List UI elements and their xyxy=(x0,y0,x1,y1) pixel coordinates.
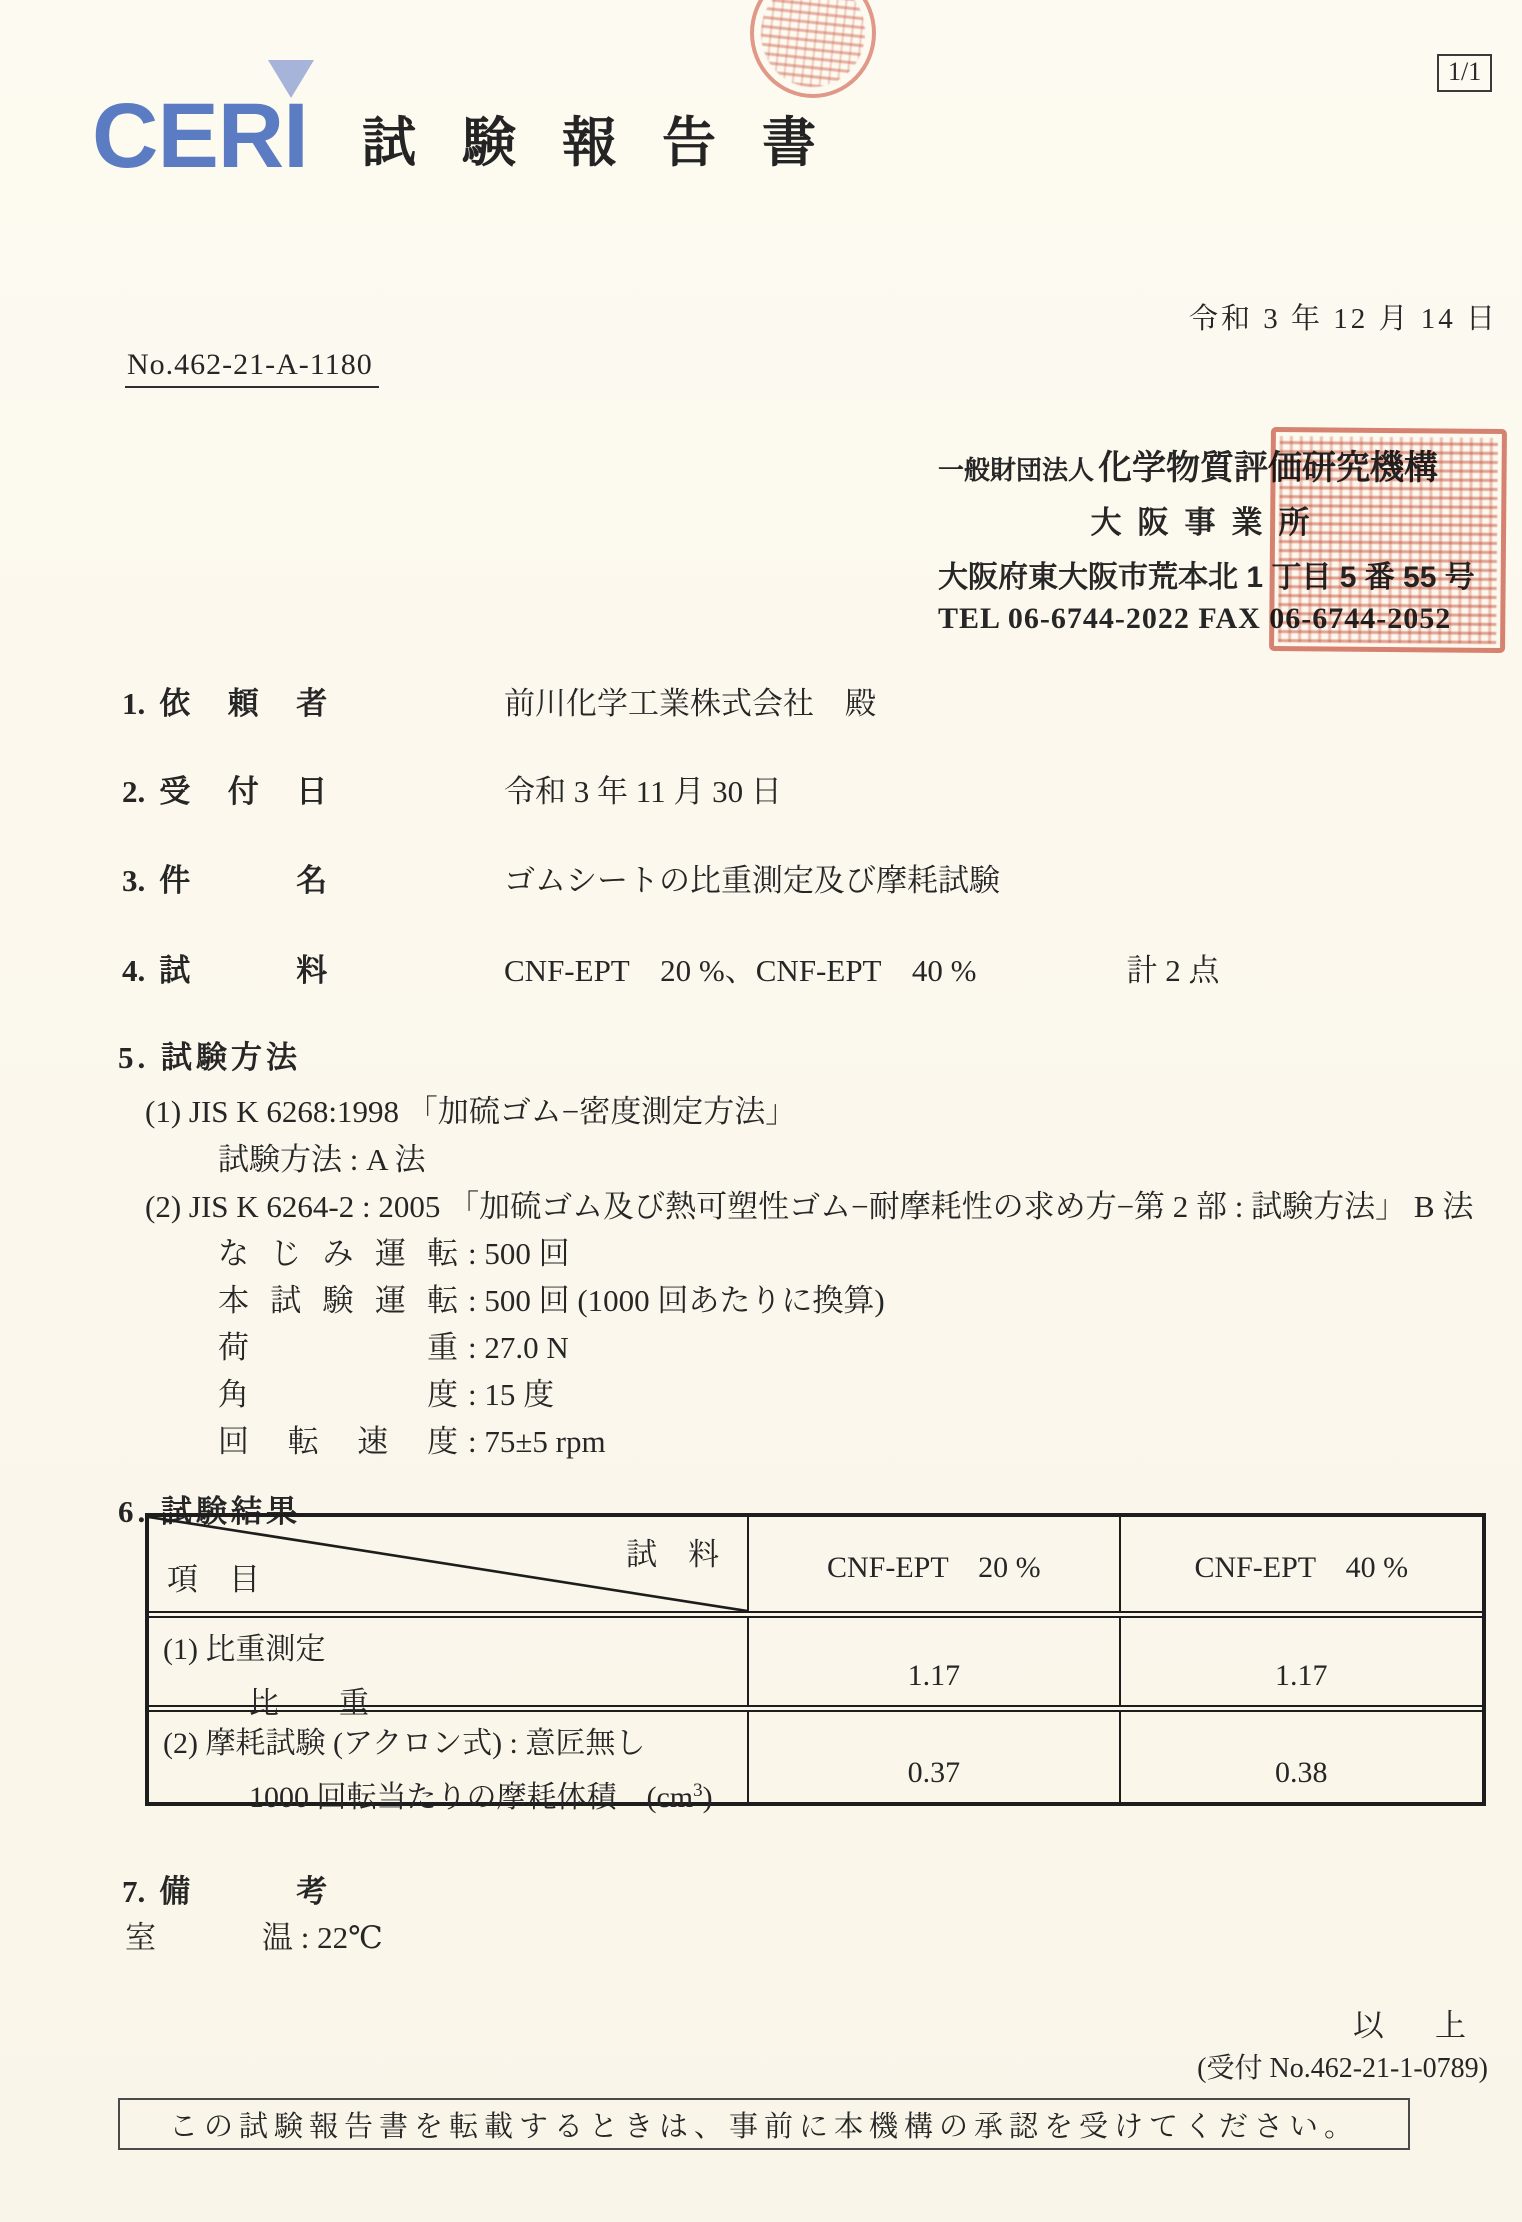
section-test-method: 5. 試験方法 xyxy=(118,1032,301,1077)
item-number: 4. xyxy=(122,953,145,988)
value-cell: 1.17 xyxy=(747,1618,1118,1705)
param-label: なじみ運転 xyxy=(218,1228,458,1273)
measure-label-post: ) xyxy=(703,1781,713,1814)
column-header-cnf-ept-40: CNF-EPT 40 % xyxy=(1119,1517,1482,1611)
section-title: 試験方法 xyxy=(161,1040,301,1075)
table-header-row: 試 料 項 目 CNF-EPT 20 % CNF-EPT 40 % xyxy=(149,1517,1482,1618)
remark-room-temperature: 室温 : 22℃ xyxy=(125,1912,383,1957)
measure-label-text: 1000 回転当たりの摩耗体積 (cm xyxy=(249,1781,693,1814)
item-receipt-date: 2.受付日 令和 3 年 11 月 30 日 xyxy=(122,766,327,811)
param-label: 角度 xyxy=(218,1369,458,1414)
method-param-speed: 回転速度: 75±5 rpm xyxy=(218,1416,606,1461)
param-value: : 75±5 rpm xyxy=(468,1424,606,1459)
item-number: 2. xyxy=(122,774,145,809)
row-measure-label: 1000 回転当たりの摩耗体積 (cm3) xyxy=(163,1772,747,1816)
item-label: 件名 xyxy=(159,855,327,900)
table-row-density: (1) 比重測定 比 重 1.17 1.17 xyxy=(149,1618,1482,1712)
report-title: 試験報告書 xyxy=(362,100,862,177)
param-label: 本試験運転 xyxy=(218,1275,458,1320)
method-param-load: 荷重: 27.0 N xyxy=(218,1322,569,1367)
column-header-cnf-ept-20: CNF-EPT 20 % xyxy=(747,1517,1118,1611)
value-cell: 1.17 xyxy=(1119,1618,1482,1705)
page-number: 1/1 xyxy=(1448,57,1481,86)
method-param-mainrun: 本試験運転: 500 回 (1000 回あたりに換算) xyxy=(218,1275,885,1320)
row-group-title: (1) 比重測定 xyxy=(163,1624,747,1668)
report-date: 令和 3 年 12 月 14 日 xyxy=(1189,296,1498,337)
item-label: 受付日 xyxy=(159,766,327,811)
sample-count: 計 2 点 xyxy=(1127,953,1220,988)
param-value: : 500 回 xyxy=(468,1236,570,1271)
method-param-breakin: なじみ運転: 500 回 xyxy=(218,1228,570,1273)
report-number: No.462-21-A-1180 xyxy=(125,348,379,388)
item-label: 依頼者 xyxy=(159,678,327,723)
ceri-logo-text: CERI xyxy=(92,85,308,187)
corner-label-item: 項 目 xyxy=(167,1554,260,1599)
organization-type: 一般財団法人 xyxy=(938,455,1094,485)
method-param-angle: 角度: 15 度 xyxy=(218,1369,554,1414)
section-number: 5. xyxy=(118,1040,149,1075)
item-subject: 3.件名 ゴムシートの比重測定及び摩耗試験 xyxy=(122,855,327,900)
red-square-seal-stamp xyxy=(1269,427,1507,653)
item-value: ゴムシートの比重測定及び摩耗試験 xyxy=(504,855,1000,900)
page-number-box: 1/1 xyxy=(1437,54,1492,92)
receipt-number: (受付 No.462-21-1-0789) xyxy=(1197,2046,1488,2086)
item-number: 1. xyxy=(122,686,145,721)
method-jis1-sub: 試験方法 : A 法 xyxy=(218,1134,426,1179)
measure-label-sup: 3 xyxy=(693,1780,703,1801)
param-label: 回転速度 xyxy=(218,1416,458,1461)
table-corner-cell: 試 料 項 目 xyxy=(149,1517,747,1611)
section-title: 備考 xyxy=(159,1866,327,1911)
row-label-cell: (2) 摩耗試験 (アクロン式) : 意匠無し 1000 回転当たりの摩耗体積 … xyxy=(149,1712,747,1802)
item-client: 1.依頼者 前川化学工業株式会社 殿 xyxy=(122,678,327,723)
test-report-page: 1/1 CERI 試験報告書 令和 3 年 12 月 14 日 No.462-2… xyxy=(0,0,1522,2222)
corner-label-sample: 試 料 xyxy=(626,1529,719,1574)
param-label: 荷重 xyxy=(218,1322,458,1367)
red-round-seal-stamp xyxy=(750,0,876,98)
end-of-report-mark: 以 上 xyxy=(1353,2000,1476,2045)
reprint-notice-box: この試験報告書を転載するときは、事前に本機構の承認を受けてください。 xyxy=(118,2098,1410,2150)
results-table: 試 料 項 目 CNF-EPT 20 % CNF-EPT 40 % (1) 比重… xyxy=(145,1513,1486,1806)
param-value: : 27.0 N xyxy=(468,1330,569,1365)
row-label-cell: (1) 比重測定 比 重 xyxy=(149,1618,747,1705)
section-number: 7. xyxy=(122,1874,145,1909)
ceri-logo: CERI xyxy=(92,84,392,204)
item-value: 令和 3 年 11 月 30 日 xyxy=(504,766,782,811)
value-cell: 0.37 xyxy=(747,1712,1118,1802)
section-remarks: 7.備考 xyxy=(122,1866,327,1911)
item-value: 前川化学工業株式会社 殿 xyxy=(504,678,876,723)
remark-label: 室温 xyxy=(125,1912,293,1957)
item-number: 3. xyxy=(122,863,145,898)
item-samples: 4.試料 CNF-EPT 20 %、CNF-EPT 40 %計 2 点 xyxy=(122,945,327,990)
row-group-title: (2) 摩耗試験 (アクロン式) : 意匠無し xyxy=(163,1718,747,1762)
param-value: : 500 回 (1000 回あたりに換算) xyxy=(468,1283,885,1318)
sample-names: CNF-EPT 20 %、CNF-EPT 40 % xyxy=(504,953,977,988)
reprint-notice-text: この試験報告書を転載するときは、事前に本機構の承認を受けてください。 xyxy=(169,2104,1359,2145)
param-value: : 15 度 xyxy=(468,1377,554,1412)
table-row-abrasion: (2) 摩耗試験 (アクロン式) : 意匠無し 1000 回転当たりの摩耗体積 … xyxy=(149,1712,1482,1802)
item-label: 試料 xyxy=(159,945,327,990)
remark-value: : 22℃ xyxy=(301,1920,383,1955)
method-jis1: (1) JIS K 6268:1998 「加硫ゴム−密度測定方法」 xyxy=(145,1086,796,1131)
method-jis2: (2) JIS K 6264-2 : 2005 「加硫ゴム及び熱可塑性ゴム−耐摩… xyxy=(145,1181,1473,1226)
value-cell: 0.38 xyxy=(1119,1712,1482,1802)
item-value: CNF-EPT 20 %、CNF-EPT 40 %計 2 点 xyxy=(504,945,1220,990)
logo-triangle-icon xyxy=(268,60,314,98)
